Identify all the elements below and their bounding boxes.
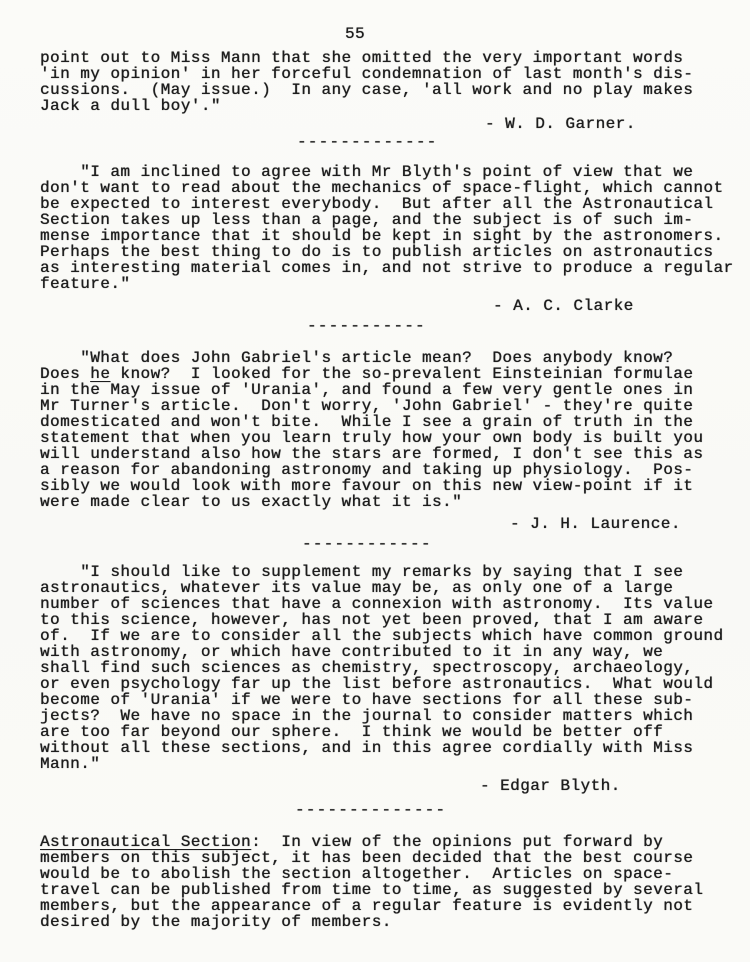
letter-body-start: "What does John Gabriel's article mean? … (40, 350, 720, 366)
text-line: Section takes up less than a page, and t… (40, 212, 720, 228)
text-line: Mr Turner's article. Don't worry, 'John … (40, 398, 720, 414)
text-line: would be to abolish the section altogeth… (40, 866, 720, 882)
attribution-laurence: - J. H. Laurence. (510, 516, 720, 532)
text-line: "I should like to supplement my remarks … (40, 564, 720, 580)
letter-garner: point out to Miss Mann that she omitted … (40, 50, 720, 150)
editorial-note: Astronautical Section: In view of the op… (40, 834, 720, 930)
text-line: Mann." (40, 756, 720, 772)
text-line: number of sciences that have a connexion… (40, 596, 720, 612)
text-line: Jack a dull boy'." (40, 98, 720, 114)
text-line: are too far beyond our sphere. I think w… (40, 724, 720, 740)
letter-line-with-underline: Does he know? I looked for the so-preval… (40, 366, 720, 382)
text-line: or even psychology far up the list befor… (40, 676, 720, 692)
letter-body: "I am inclined to agree with Mr Blyth's … (40, 164, 720, 292)
scanned-document-page: 55 point out to Miss Mann that she omitt… (0, 0, 750, 962)
letter-body-rest: in the May issue of 'Urania', and found … (40, 382, 720, 510)
text-line: in the May issue of 'Urania', and found … (40, 382, 720, 398)
text-line: without all these sections, and in this … (40, 740, 720, 756)
text-line: shall find such sciences as chemistry, s… (40, 660, 720, 676)
text-line: don't want to read about the mechanics o… (40, 180, 720, 196)
letter-body: "I should like to supplement my remarks … (40, 564, 720, 772)
text-line: cussions. (May issue.) In any case, 'all… (40, 82, 720, 98)
text-line: to this science, however, has not yet be… (40, 612, 720, 628)
text-line: travel can be published from time to tim… (40, 882, 720, 898)
text-line: statement that when you learn truly how … (40, 430, 720, 446)
attribution-clarke: - A. C. Clarke (493, 298, 720, 314)
page-number: 55 (15, 26, 695, 42)
text-line: Perhaps the best thing to do is to publi… (40, 244, 720, 260)
letter-body: point out to Miss Mann that she omitted … (40, 50, 720, 114)
text-line: as interesting material comes in, and no… (40, 260, 720, 276)
text-line: were made clear to us exactly what it is… (40, 494, 720, 510)
letter-laurence: "What does John Gabriel's article mean? … (40, 350, 720, 552)
text-line: desired by the majority of members. (40, 914, 720, 930)
text-line: 'in my opinion' in her forceful condemna… (40, 66, 720, 82)
separator-line: ----------- (307, 318, 720, 334)
text-line: jects? We have no space in the journal t… (40, 708, 720, 724)
text-line: point out to Miss Mann that she omitted … (40, 50, 720, 66)
text-line: feature." (40, 276, 720, 292)
attribution-blyth: - Edgar Blyth. (480, 778, 720, 794)
text-line: astronautics, whatever its value may be,… (40, 580, 720, 596)
text-line: domesticated and won't bite. While I see… (40, 414, 720, 430)
text-line: sibly we would look with more favour on … (40, 478, 720, 494)
text-line: "I am inclined to agree with Mr Blyth's … (40, 164, 720, 180)
text-line: "What does John Gabriel's article mean? … (40, 350, 720, 366)
text-line: a reason for abandoning astronomy and ta… (40, 462, 720, 478)
text-line: with astronomy, or which have contribute… (40, 644, 720, 660)
note-heading-line: Astronautical Section: In view of the op… (40, 834, 720, 850)
separator-line: ------------ (302, 536, 720, 552)
text-line: become of 'Urania' if we were to have se… (40, 692, 720, 708)
separator-line: ------------- (297, 134, 720, 150)
letter-clarke: "I am inclined to agree with Mr Blyth's … (40, 164, 720, 334)
separator-line: -------------- (295, 802, 720, 818)
text-line: mense importance that it should be kept … (40, 228, 720, 244)
attribution-garner: - W. D. Garner. (485, 116, 720, 132)
note-body: members on this subject, it has been dec… (40, 850, 720, 930)
letter-blyth: "I should like to supplement my remarks … (40, 564, 720, 818)
text-line: members, but the appearance of a regular… (40, 898, 720, 914)
text-line: members on this subject, it has been dec… (40, 850, 720, 866)
text-line: will understand also how the stars are f… (40, 446, 720, 462)
text-line: of. If we are to consider all the subjec… (40, 628, 720, 644)
text-line: be expected to interest everybody. But a… (40, 196, 720, 212)
